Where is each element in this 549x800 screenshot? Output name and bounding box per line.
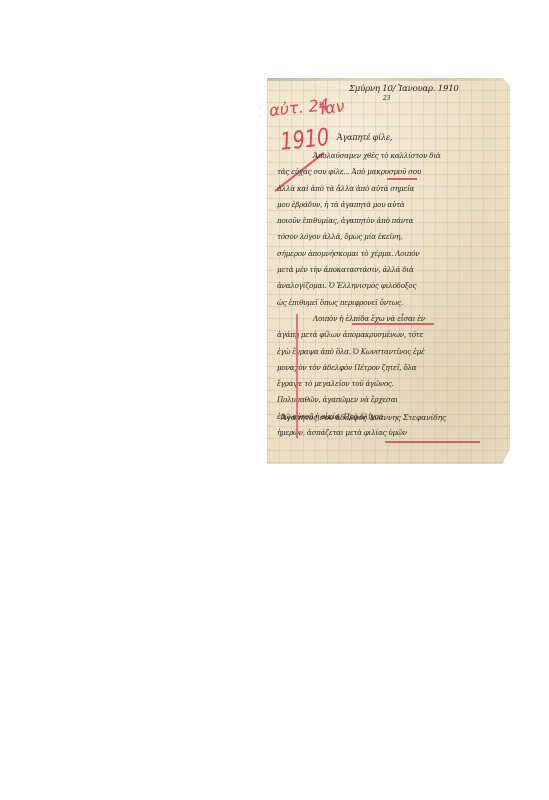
red-underline: [385, 441, 480, 443]
red-underline: [387, 178, 417, 180]
body-line: ὡς ἐπιθυμεῖ ὅπως περιφρονεῖ ὄντως.: [277, 295, 505, 311]
red-margin-line: [296, 314, 298, 438]
signature: Ἀγαπητός σου ἀδελφός Ἰωάννης Στεφανίδης: [281, 413, 446, 422]
body-line: Ἀπολαύσαμεν χθὲς τὸ καλλίστον διὰ: [277, 148, 505, 164]
red-underline: [352, 323, 434, 325]
body-line: ἀναλογίζομαι. Ὁ Ἑλληνισμὸς φιλόδοξος: [277, 278, 505, 294]
body-line: Πολυπαθῶν, ἀγαπῶμεν νὰ ἔρχεσαι: [277, 392, 505, 408]
letter-date: Σμύρνη 10/ Ἰανουαρ. 1910: [349, 84, 459, 94]
body-line: ποιοῦν ἐπιθυμίας, ἀγαπητὸν ἀπὸ πάντα: [277, 213, 505, 229]
body-line: ἡμερῶν, ἀσπάζεται μετὰ φιλίας ὑμῶν: [277, 425, 505, 441]
body-line: ἀγάπῃ μετὰ φίλων ἀπομακρυσμένων, τότε: [277, 327, 505, 343]
body-line: μετὰ μὲν τὴν ἀποκαταστάσιν, ἀλλὰ διὰ: [277, 262, 505, 278]
letter-page: Σμύρνη 10/ Ἰανουαρ. 1910 23 αὐτ. 24 Ἰαν …: [267, 78, 510, 464]
body-line: ἀλλὰ καὶ ἀπὸ τὰ ἄλλα ἀπὸ αὐτὰ σημεῖα: [277, 181, 505, 197]
body-line: Λοιπὸν ἡ ἐλπίδα ἔχω νὰ εἶσαι ἐν: [277, 311, 505, 327]
body-line: τόσον λόγον ἀλλὰ, ὅμως μία ἐκεῖνη,: [277, 229, 505, 245]
body-line: μου ἐβράδυν, ἡ τὰ ἀγαπητά μου αὐτὰ: [277, 197, 505, 213]
letter-date-sub: 23: [383, 95, 390, 102]
body-line: ἔγραψε τὸ μεγαλεῖον τοῦ ἀγῶνος.: [277, 376, 505, 392]
received-annotation-month: Ἰαν: [318, 96, 346, 118]
body-line: σήμερον ἀπομνήσκομαι τὸ χέρμα. Λοιπόν: [277, 246, 505, 262]
body-line: ἐγὼ ἔγραψα ἀπὸ ὅλα. Ὁ Κωνσταντῖνος ἐμὲ: [277, 344, 505, 360]
body-line: μοναχὸν τὸν ἀδελφὸν Πέτρον ζητεῖ, ὅλα: [277, 360, 505, 376]
torn-top-edge: [267, 78, 510, 81]
salutation: Ἀγαπητέ φίλε,: [337, 133, 392, 142]
letter-body: Ἀπολαύσαμεν χθὲς τὸ καλλίστον διὰ τὰς εὐ…: [277, 148, 505, 441]
